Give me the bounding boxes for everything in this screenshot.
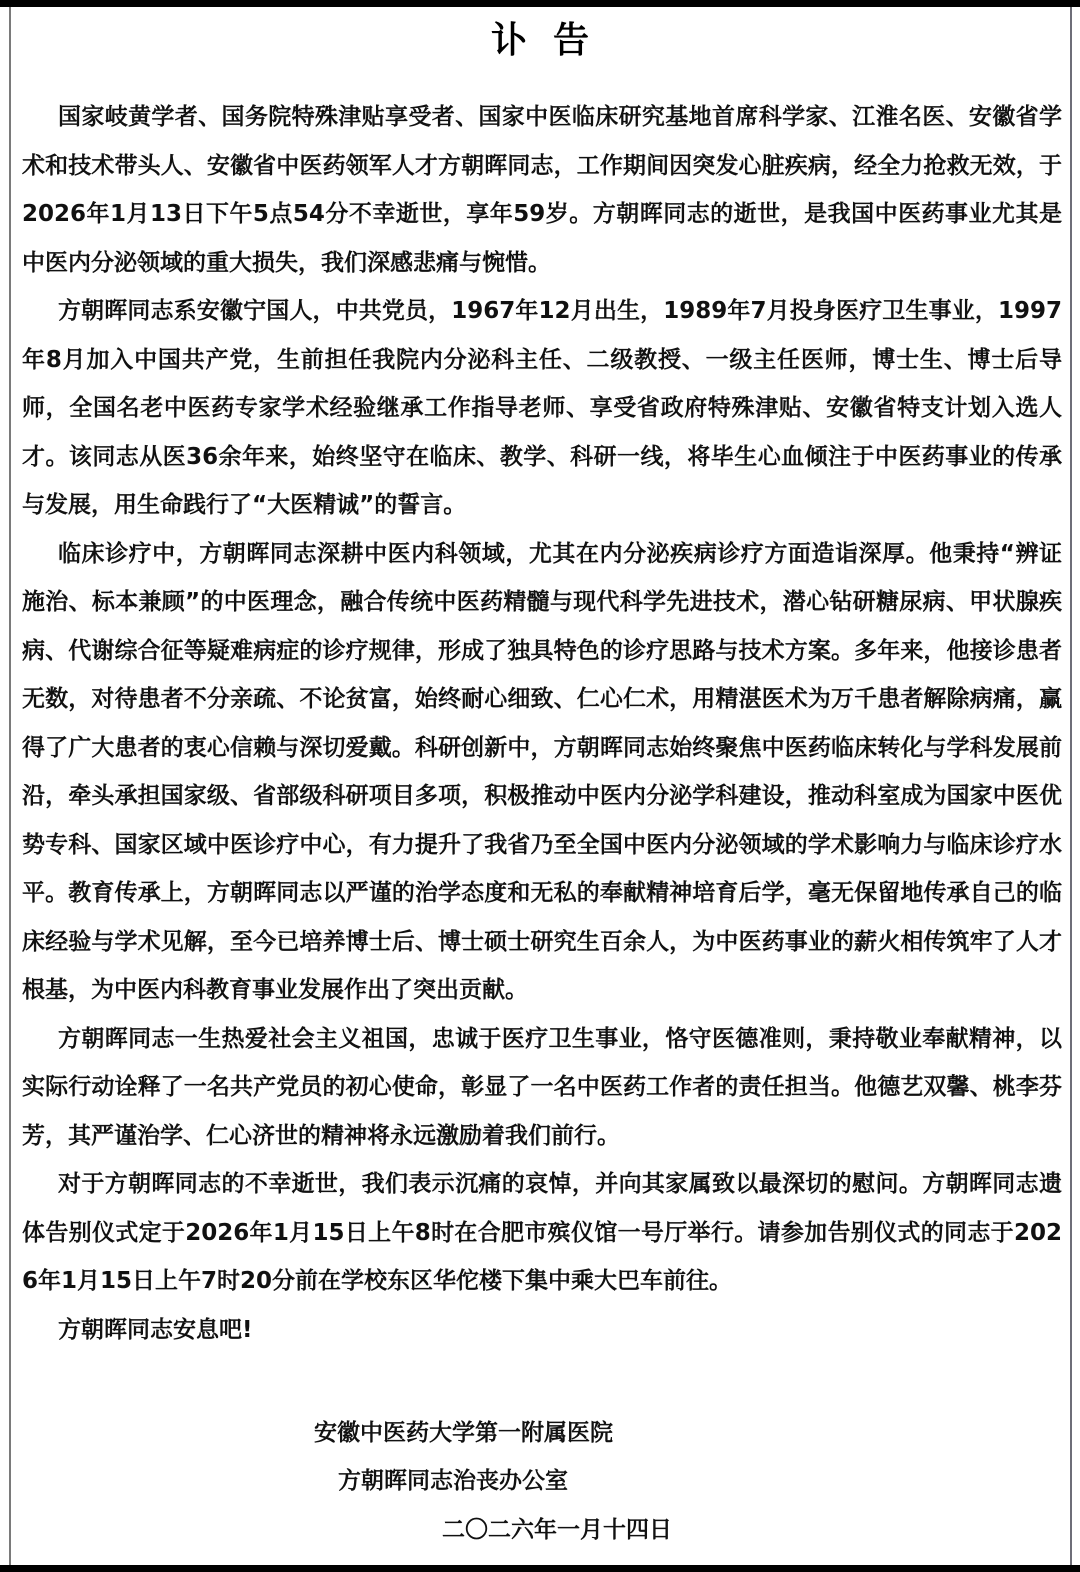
page-border-left	[9, 7, 11, 1565]
signature-date: 二〇二六年一月十四日	[442, 1506, 672, 1555]
signature-organization: 安徽中医药大学第一附属医院	[314, 1409, 613, 1458]
paragraph-farewell: 方朝晖同志安息吧!	[22, 1306, 1062, 1355]
paragraph-funeral-arrangements: 对于方朝晖同志的不幸逝世，我们表示沉痛的哀悼，并向其家属致以最深切的慰问。方朝晖…	[22, 1160, 1062, 1306]
paragraph-achievements: 临床诊疗中，方朝晖同志深耕中医内科领域，尤其在内分泌疾病诊疗方面造诣深厚。他秉持…	[22, 530, 1062, 1015]
obituary-page: 讣告 国家岐黄学者、国务院特殊津贴享受者、国家中医临床研究基地首席科学家、江淮名…	[0, 7, 1080, 1565]
page-border-right	[1070, 7, 1072, 1565]
page-title: 讣告	[0, 19, 1080, 63]
paragraph-announcement: 国家岐黄学者、国务院特殊津贴享受者、国家中医临床研究基地首席科学家、江淮名医、安…	[22, 93, 1062, 287]
signature-office: 方朝晖同志治丧办公室	[338, 1457, 568, 1506]
paragraph-character: 方朝晖同志一生热爱社会主义祖国，忠诚于医疗卫生事业，恪守医德准则，秉持敬业奉献精…	[22, 1015, 1062, 1161]
top-black-bar	[0, 0, 1080, 7]
paragraph-biography: 方朝晖同志系安徽宁国人，中共党员，1967年12月出生，1989年7月投身医疗卫…	[22, 287, 1062, 530]
bottom-black-bar	[0, 1565, 1080, 1572]
obituary-body: 国家岐黄学者、国务院特殊津贴享受者、国家中医临床研究基地首席科学家、江淮名医、安…	[22, 93, 1062, 1354]
